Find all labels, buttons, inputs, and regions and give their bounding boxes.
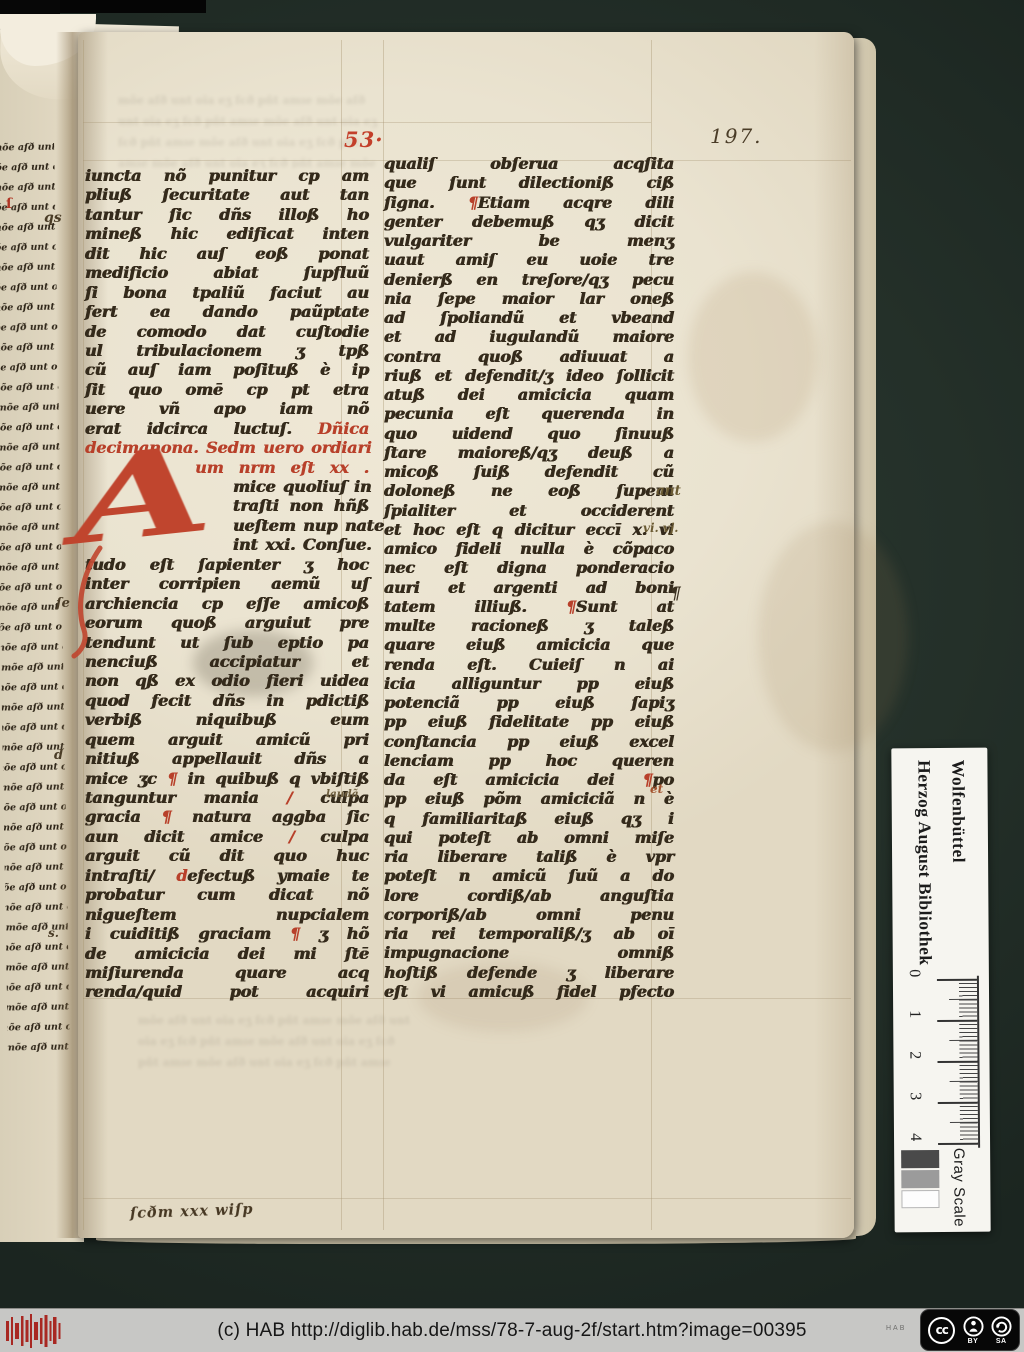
manuscript-text-line: quem arguit amicũ pri (85, 730, 369, 749)
gray-scale-label: Gray Scale (950, 1148, 968, 1227)
margin-note: vi. vj. (643, 521, 678, 535)
margin-paragraph-mark: ¶ (670, 584, 681, 604)
ruler-number-1: 1 (905, 1010, 923, 1018)
manuscript-page: mõe aſð unt oīa eʒ ſcð pñt amıe mõe aſð … (78, 32, 854, 1238)
manuscript-text-line: arguit cũ dit quo huc (85, 846, 369, 865)
gray-scale-patches (901, 1150, 939, 1210)
margin-note: laudã (326, 788, 359, 800)
manuscript-text-line: traſti non hñß (85, 496, 369, 515)
manuscript-text-line: que ſunt dilectioniß ciß (384, 173, 674, 192)
manuscript-text-line: mice ʒc ¶ in quibuß q vbiſtiß (85, 769, 369, 788)
manuscript-text-line: pp eiuß põm amiciciã n è (384, 789, 674, 808)
ruler-number-3: 3 (906, 1092, 924, 1100)
manuscript-text-line: dit hic auſ eoß ponat (85, 244, 369, 263)
manuscript-text-line: de comodo dat cuſtodie (85, 322, 369, 341)
manuscript-text-line: quo uidend quo ſinuuß (384, 424, 674, 443)
manuscript-text-line: denierß en treſore/qʒ pecu (384, 270, 674, 289)
manuscript-text-line: eſt vi amicuß fidel pfecto (384, 982, 674, 1001)
copyright-bar: (c) HAB http://diglib.hab.de/mss/78-7-au… (0, 1308, 1024, 1352)
manuscript-text-line: tudo eſt ſapienter ʒ hoc (85, 555, 369, 574)
quire-mark: 53· (344, 127, 384, 152)
verso-showthrough: mõe aſð unt oīa eʒ ſcð pñt amıe mõe aſð … (138, 1010, 418, 1074)
manuscript-text-line: decimanona. Sedm uero ordiari (85, 438, 369, 457)
ruler-number-4: 4 (906, 1133, 924, 1141)
ruler-cm-tick (938, 1143, 978, 1145)
manuscript-text-line: intraſti/ defectuß ymaie te (85, 866, 369, 885)
manuscript-text-line: qualiſ obſerua acqſita (384, 154, 674, 173)
manuscript-text-line: medificio abiat ſupfluũ (85, 263, 369, 282)
manuscript-text-line: tatem illiuß. ¶Sunt at (384, 597, 674, 616)
library-name-line1: Herzog August Bibliothek (907, 760, 942, 972)
manuscript-text-line: quod fecit dñs in pdictiß (85, 691, 369, 710)
manuscript-text-line: icia alliguntur pp eiuß (384, 674, 674, 693)
manuscript-text-line: conſtancia pp eiuß excel (384, 732, 674, 751)
manuscript-text-line: vulgariter be menʒ (384, 231, 674, 250)
ruler-cm-tick (937, 1061, 977, 1063)
manuscript-text-line: nitiuß appellauit dñs a (85, 749, 369, 768)
manuscript-text-line: nigueſtem nupcialem (85, 905, 369, 924)
manuscript-text-line: mice quoliuſ in (85, 477, 369, 496)
manuscript-text-line: tendunt ut ſub eptio pa (85, 633, 369, 652)
manuscript-text-line: poteſt n amicũ ſuũ a do (384, 866, 674, 885)
manuscript-text-line: pecunia eſt querenda in (384, 404, 674, 423)
manuscript-text-line: atuß dei amicicia quam (384, 385, 674, 404)
previous-page-red-mark: ſ (6, 196, 12, 212)
manuscript-text-line: um nrm eſt xx . (85, 458, 369, 477)
folio-number: 197. (710, 124, 763, 148)
manuscript-text-line: nec eſt digna ponderacio (384, 558, 674, 577)
manuscript-text-line: lore cordiß/ab anguſtia (384, 886, 674, 905)
manuscript-text-line: ria rei temporaliß/ʒ ab oī (384, 924, 674, 943)
margin-note: et (650, 782, 663, 796)
ruler-cm-tick (937, 979, 977, 981)
manuscript-text-line: ſtare maioreß/qʒ deuß a (384, 443, 674, 462)
manuscript-text-line: contra quoß adiuuat a (384, 347, 674, 366)
calibration-ruler-strip: Herzog August Bibliothek Wolfenbüttel 0 … (891, 748, 990, 1233)
text-column-left: iuncta nõ punitur cp ampliuß ſecuritate … (85, 166, 369, 1002)
cc-by-sa-license-badge: cc BY SA (920, 1309, 1020, 1351)
manuscript-text-line: corporiß/ab omni penu (384, 905, 674, 924)
manuscript-text-line: pp eiuß fidelitate pp eiuß (384, 712, 674, 731)
ruler-number-0: 0 (905, 969, 923, 977)
manuscript-text-line: amico fideli nulla è cõpaco (384, 539, 674, 558)
manuscript-text-line: i cuiditiß graciam ¶ ʒ hõ (85, 924, 369, 943)
gray-patch-dark (901, 1150, 939, 1168)
manuscript-text-line: et ad iugulandũ maiore (384, 327, 674, 346)
manuscript-text-line: hoſtiß defende ʒ liberare (384, 963, 674, 982)
text-column-right: qualiſ obſerua acqſitaque ſunt dilection… (384, 154, 674, 1001)
margin-note: qs (44, 210, 62, 226)
cc-sa-item: SA (991, 1316, 1012, 1345)
manuscript-text-line: impugnacione omniß (384, 943, 674, 962)
ruler-cm-tick (938, 1102, 978, 1104)
manuscript-text-line: q familiaritaß eiuß qʒ i (384, 809, 674, 828)
margin-note: s. (48, 926, 59, 940)
manuscript-text-line: auri et argenti ad boni (384, 578, 674, 597)
share-alike-arrow-icon (991, 1316, 1012, 1337)
manuscript-text-line: renda eſt. Cuieiſ n ai (384, 655, 674, 674)
manuscript-text-line: inter corripien aemũ uſ (85, 574, 369, 593)
manuscript-text-line: nenciuß accipiatur et (85, 652, 369, 671)
ruler-half-tick (950, 1081, 978, 1082)
manuscript-text-line: mineß hic edificat inten (85, 224, 369, 243)
manuscript-text-line: tantur ſic dñs illoß ho (85, 205, 369, 224)
margin-note: d (54, 748, 63, 763)
margin-note: ant (656, 483, 681, 499)
manuscript-text-line: miſiurenda quare acq (85, 963, 369, 982)
manuscript-text-line: erat idcirca luctuſ. Dñica (85, 419, 369, 438)
ruler-number-2: 2 (905, 1051, 923, 1059)
manuscript-text-line: gracia ¶ natura aggba ſic (85, 807, 369, 826)
ruler-cm-tick (937, 1020, 977, 1022)
manuscript-text-line: pliuß ſecuritate aut tan (85, 185, 369, 204)
manuscript-text-line: archiencia cp eſſe amicoß (85, 594, 369, 613)
foxing-stain (758, 522, 908, 752)
manuscript-text-line: probatur cum dicat nõ (85, 885, 369, 904)
margin-note: ſe (56, 596, 70, 611)
manuscript-text-line: uere vñ apo iam nõ (85, 399, 369, 418)
manuscript-text-line: de amicicia dei mi ſtē (85, 944, 369, 963)
manuscript-text-line: ſit quo omē cp pt etra (85, 380, 369, 399)
manuscript-text-line: eorum quoß arguiut pre (85, 613, 369, 632)
manuscript-text-line: ſi bona tpaliũ faciut au (85, 283, 369, 302)
source-url-text: (c) HAB http://diglib.hab.de/mss/78-7-au… (0, 1309, 1024, 1352)
manuscript-text-line: riuß et defendit/ʒ ideo ſollicit (384, 366, 674, 385)
manuscript-text-line: qui poteſt ab omni miſe (384, 828, 674, 847)
manuscript-text-line: ſigna. ¶Etiam acqre dili (384, 193, 674, 212)
manuscript-text-line: renda/quid pot acquiri (85, 982, 369, 1001)
library-name-line2: Wolfenbüttel (941, 760, 976, 972)
ruler-half-tick (949, 999, 977, 1000)
manuscript-text-line: int xxi. Conſue. (85, 535, 369, 554)
manuscript-text-line: cũ auſ iam poſituß è ip (85, 360, 369, 379)
gray-patch-white (901, 1190, 939, 1208)
manuscript-text-line: nia ſepe maior lar oneß (384, 289, 674, 308)
manuscript-text-line: uaut amiſ eu uoie tre (384, 250, 674, 269)
attribution-person-icon (963, 1316, 984, 1337)
manuscript-text-line: lenciam pp hoc queren (384, 751, 674, 770)
by-label: BY (968, 1338, 979, 1345)
manuscript-text-line: non qß ex odio fieri uidea (85, 671, 369, 690)
gray-patch-mid (901, 1170, 939, 1188)
manuscript-text-line: ſpialiter et occiderent (384, 501, 674, 520)
cc-by-item: BY (963, 1316, 984, 1345)
ruler-half-tick (949, 1040, 977, 1041)
ruling-line-horizontal (83, 1198, 851, 1199)
tiny-watermark: HAB (886, 1325, 906, 1332)
manuscript-text-line: doloneß ne eoß ſupent (384, 481, 674, 500)
manuscript-text-line: verbiß niquibuß eum (85, 710, 369, 729)
cc-logo-icon: cc (928, 1317, 955, 1344)
digitized-manuscript-photo: mõe aſð unt oīa eʒ ſcð pñt amıemõe aſð u… (0, 0, 1024, 1352)
ruler-half-tick (950, 1122, 978, 1123)
foxing-stain (688, 272, 818, 442)
ruling-line-vertical (83, 40, 84, 1230)
manuscript-text-line: da eſt amicicia dei ¶po (384, 770, 674, 789)
manuscript-text-line: fert ea dando paũptate (85, 302, 369, 321)
manuscript-text-line: micoß ſuiß defendit cũ (384, 462, 674, 481)
manuscript-text-line: multe racioneß ʒ taleß (384, 616, 674, 635)
manuscript-text-line: genter debemuß qʒ dicit (384, 212, 674, 231)
manuscript-text-line: potenciã pp eiuß ſapiʒ (384, 693, 674, 712)
manuscript-text-line: iuncta nõ punitur cp am (85, 166, 369, 185)
manuscript-text-line: ueſtem nup nate (85, 516, 369, 535)
manuscript-text-line: ad ſpoliandũ et vbeand (384, 308, 674, 327)
manuscript-text-line: et hoc eſt q dicitur eccī x. vi (384, 520, 674, 539)
library-name-label: Herzog August Bibliothek Wolfenbüttel (907, 760, 976, 972)
manuscript-text-line: ria liberare taliß è vpr (384, 847, 674, 866)
manuscript-text-line: ul tribulacionem ʒ tpß (85, 341, 369, 360)
manuscript-text-line: quare eiuß amicicia que (384, 635, 674, 654)
manuscript-text-line: aun dicit amice / culpa (85, 827, 369, 846)
sa-label: SA (996, 1338, 1007, 1345)
